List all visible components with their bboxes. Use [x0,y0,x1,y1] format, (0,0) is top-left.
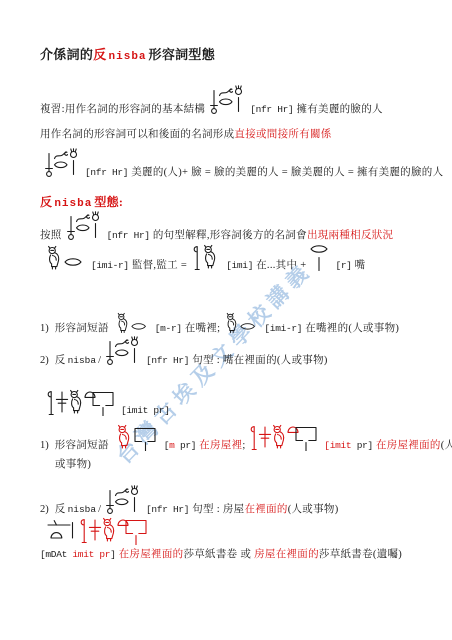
title-post: 形容詞型態 [149,48,216,62]
heading-cjk: 反 [40,195,52,209]
nfr-hr-hieroglyph-icon [105,336,139,366]
overseer-line: [imi-r] 監督,監工 = [imi] 在...其中 + [r] 嘴 [40,241,365,273]
item-number: 2) [40,354,49,368]
review-label: 複習:用作名詞的形容詞的基本結構 [40,103,205,117]
equation-gloss: 美麗的(人)+ 臉 = 臉的美麗的人 = 臉美麗的人 = 擁有美麗的臉的人 [131,166,443,180]
mdat-imit-pr-hieroglyph-icon [46,516,148,545]
mouth-case2-translit: [nfr Hr] [146,354,189,368]
house-case1-line: 1) 形容詞短語 [m pr] 在房屋裡; [imit pr] 在房屋裡面的(人 [40,421,452,453]
translit-red-part: imit pr [72,549,110,560]
mouth-case1-line: 1) 形容詞短語 [m-r] 在嘴裡; [imi-r] 在嘴裡的(人或事物) [40,309,399,336]
mouth-case2-cjk: 反 [55,354,66,368]
imit-pr-hieroglyph-icon [249,424,317,451]
mdat-gloss2-black: 莎草紙書卷(遺囑) [319,548,402,562]
house-case1-wrap-line: 或事物) [55,458,91,472]
imi-r-hieroglyph-icon [44,245,84,271]
house-case1-t2: [imit pr] [324,439,373,453]
overseer-translit1: [imi-r] [91,259,129,273]
review-translit: [nfr Hr] [250,103,293,117]
house-case1-wrap: 或事物) [55,458,91,472]
title-accent-cjk: 反 [93,48,106,62]
house-case1-gloss1: 在房屋裡 [199,439,242,453]
page-title: 介係詞的反nisba形容詞型態 [40,48,215,64]
item-number: 1) [40,439,49,453]
house-case2-gloss-pre: 句型 : 房屋 [192,503,244,517]
mdat-translit: [mDAt imit pr] [40,548,116,562]
translit-red-part: imit [330,440,352,451]
mouth-case2-gloss: 句型 : 嘴在裡面的(人或事物) [192,354,327,368]
house-case1-gloss2-tail: (人 [441,439,452,453]
review-line: 複習:用作名詞的形容詞的基本結構 [nfr Hr] 擁有美麗的臉的人 [40,82,383,117]
imit-pr-hieroglyph-icon [46,389,114,416]
mdat-gloss1-red: 在房屋裡面的 [119,548,184,562]
r-mouth-hieroglyph-icon [310,244,328,271]
review-gloss: 擁有美麗的臉的人 [296,103,382,117]
mdat-gloss2-red: 房屋在裡面的 [254,548,319,562]
explain-line: 按照 [nfr Hr]的句型解釋,形容詞後方的名詞會出現兩種相反狀況 [40,208,393,243]
nfr-hr-hieroglyph-icon [66,211,100,241]
translit-black-part: [mDAt [40,549,72,560]
house-case2-gloss-post: (人或事物) [288,503,339,517]
mouth-case2-latin: nisba [68,354,97,368]
house-case2-line: 2) 反nisba / [nfr Hr] 句型 : 房屋在裡面的(人或事物) [40,482,339,517]
overseer-gloss3: 嘴 [355,259,366,273]
relation-accent: 直接或間接所有關係 [234,128,331,142]
imit-pr-caption-translit: [imit pr] [121,404,170,418]
overseer-translit2: [imi] [226,259,253,273]
nfr-hr-hieroglyph-icon [209,85,243,115]
translit-black-part: ] [110,549,115,560]
nfr-hr-hieroglyph-icon [105,485,139,515]
house-case1-t1: [m pr] [164,439,196,453]
mdat-translation-line: [mDAt imit pr] 在房屋裡面的莎草紙書卷 或 房屋在裡面的莎草紙書卷… [40,548,402,562]
house-case1-gloss2: 在房屋裡面的 [376,439,441,453]
relation-line: 用作名詞的形容詞可以和後面的名詞形成直接或間接所有關係 [40,128,332,142]
m-r-hieroglyph-icon [115,312,148,334]
mdat-glyph-line [42,513,152,542]
translit-black-part: pr] [175,440,197,451]
house-case1-punct: ; [242,439,245,453]
heading-post: 型態: [94,195,123,209]
overseer-translit3: [r] [335,259,351,273]
imi-r-hieroglyph-icon [224,312,257,334]
imi-hieroglyph-icon [191,244,219,271]
overseer-gloss1: 監督,監工 = [132,259,187,273]
house-case1-label: 形容詞短語 [55,439,109,453]
overseer-gloss2: 在...其中 + [256,259,306,273]
mouth-case2-line: 2) 反nisba / [nfr Hr] 句型 : 嘴在裡面的(人或事物) [40,333,328,368]
mouth-case2-slash: / [98,354,101,368]
title-pre: 介係詞的 [40,48,93,62]
title-accent-latin: nisba [109,50,147,64]
house-case2-gloss-red: 在裡面的 [245,503,288,517]
equation-line: [nfr Hr] 美麗的(人)+ 臉 = 臉的美麗的人 = 臉美麗的人 = 擁有… [40,145,443,180]
nfr-hr-hieroglyph-icon [44,148,78,178]
mdat-gloss1-black: 莎草紙書卷 [183,548,237,562]
translit-black-part: pr] [351,440,373,451]
mdat-or: 或 [237,548,254,562]
imit-pr-caption-line: [imit pr] [42,386,173,418]
equation-translit: [nfr Hr] [85,166,128,180]
document-page: 台灣古埃及文學校講義 介係詞的反nisba形容詞型態 複習:用作名詞的形容詞的基… [0,0,452,640]
m-pr-hieroglyph-icon [115,424,157,451]
relation-pre: 用作名詞的形容詞可以和後面的名詞形成 [40,128,234,142]
house-case2-translit: [nfr Hr] [146,503,189,517]
